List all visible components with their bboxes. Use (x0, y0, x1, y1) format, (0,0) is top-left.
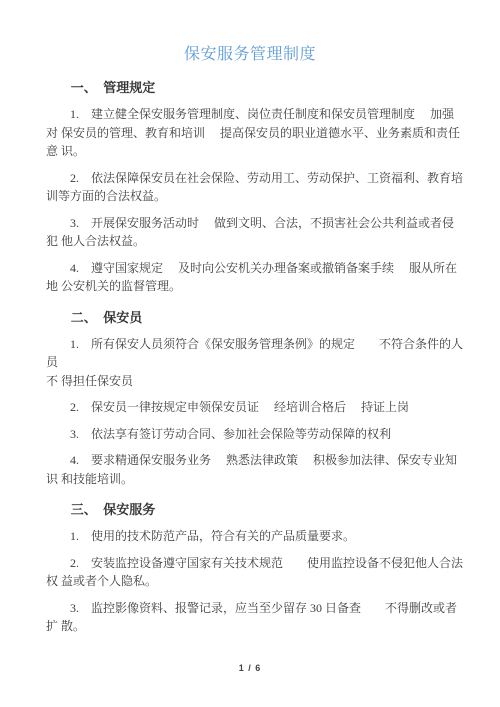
paragraph: 3. 依法享有签订劳动合同、参加社会保险等劳动保障的权利 (46, 425, 470, 444)
paragraph: 4. 遵守国家规定 及时向公安机关办理备案或撤销备案手续 服从所在 地 公安机关… (46, 259, 470, 296)
paragraph: 3. 监控影像资料、报警记录，应当至少留存 30 日备查 不得删改或者 扩 散。 (46, 599, 470, 636)
document-page: 保安服务管理制度 一、 管理规定 1. 建立健全保安服务管理制度、岗位责任制度和… (0, 0, 500, 707)
document-body: 一、 管理规定 1. 建立健全保安服务管理制度、岗位责任制度和保安员管理制度 加… (46, 78, 470, 636)
page-number: 1 / 6 (0, 663, 500, 673)
section-heading-security-services: 三、 保安服务 (46, 500, 470, 519)
section-heading-security-guards: 二、 保安员 (46, 308, 470, 327)
document-title: 保安服务管理制度 (0, 0, 500, 66)
paragraph: 1. 所有保安人员须符合《保安服务管理条例》的规定 不符合条件的人员 不 得担任… (46, 335, 470, 391)
paragraph: 1. 使用的技术防范产品，符合有关的产品质量要求。 (46, 527, 470, 546)
paragraph: 3. 开展保安服务活动时 做到文明、合法，不损害社会公共利益或者侵 犯 他人合法… (46, 214, 470, 251)
paragraph: 2. 依法保障保安员在社会保险、劳动用工、劳动保护、工资福利、教育培 训等方面的… (46, 169, 470, 206)
paragraph: 2. 安装监控设备遵守国家有关技术规范 使用监控设备不侵犯他人合法 权 益或者个… (46, 554, 470, 591)
paragraph: 4. 要求精通保安服务业务 熟悉法律政策 积极参加法律、保安专业知 识 和技能培… (46, 451, 470, 488)
paragraph: 2. 保安员一律按规定申领保安员证 经培训合格后 持证上岗 (46, 398, 470, 417)
section-heading-management-rules: 一、 管理规定 (46, 78, 470, 97)
paragraph: 1. 建立健全保安服务管理制度、岗位责任制度和保安员管理制度 加强 对 保安员的… (46, 105, 470, 161)
